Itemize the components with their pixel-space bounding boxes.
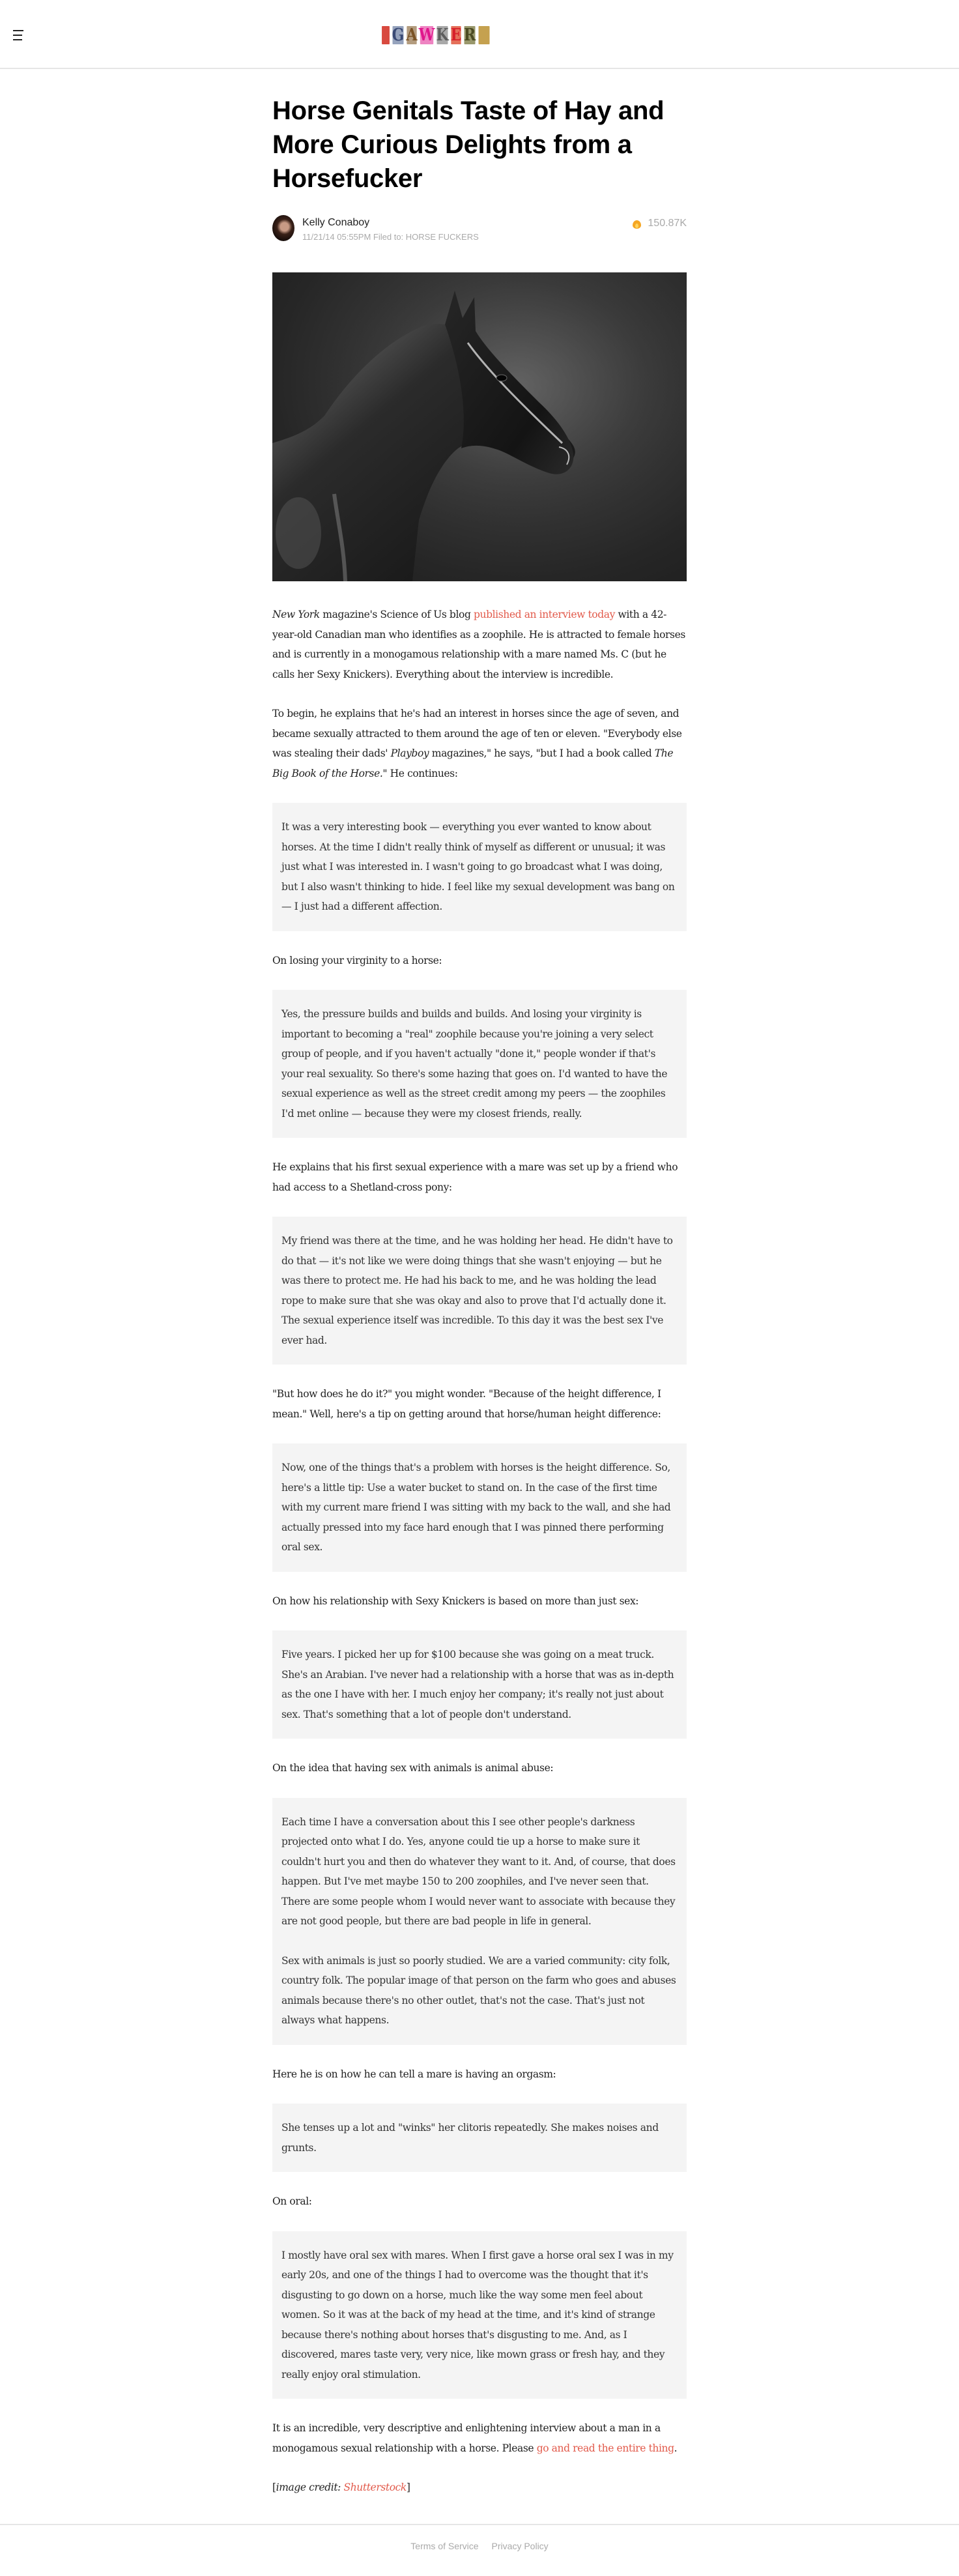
magazine-title: Playboy [391, 747, 429, 759]
logo-tile [382, 26, 390, 44]
site-footer: Terms of Service Privacy Policy [0, 2524, 959, 2576]
dateline: 11/21/14 05:55PM Filed to: HORSE FUCKERS [302, 231, 479, 243]
logo-tile-w: W [420, 26, 433, 44]
filed-tag-link[interactable]: HORSE FUCKERS [406, 232, 479, 242]
blockquote: I mostly have oral sex with mares. When … [272, 2231, 687, 2399]
view-count: 150.87K [633, 218, 687, 229]
filed-label: Filed to: [373, 232, 403, 242]
text: . [674, 2442, 678, 2454]
logo-tile-g: G [393, 26, 404, 44]
quote-text: She tenses up a lot and "winks" her clit… [281, 2118, 678, 2158]
logo-tile [479, 26, 490, 44]
paragraph: On oral: [272, 2192, 687, 2212]
gawker-logo[interactable]: GAWKER [381, 26, 491, 44]
logo-tile-r: R [465, 26, 476, 44]
article-headline: Horse Genitals Taste of Hay and More Cur… [272, 94, 687, 195]
paragraph: On the idea that having sex with animals… [272, 1758, 687, 1778]
credit-label: image credit: [276, 2482, 344, 2493]
hero-image-horse [272, 272, 687, 581]
menu-line [13, 39, 22, 40]
article-body: New York magazine's Science of Us blog p… [272, 605, 687, 2498]
quote-text: Five years. I picked her up for $100 bec… [281, 1645, 678, 1724]
logo-tile-k: K [437, 26, 448, 44]
logo-tile-e: E [451, 26, 461, 44]
paragraph: On losing your virginity to a horse: [272, 951, 687, 971]
menu-line [13, 35, 22, 36]
paragraph: He explains that his first sexual experi… [272, 1157, 687, 1197]
blockquote: My friend was there at the time, and he … [272, 1217, 687, 1365]
top-navigation-bar: GAWKER [0, 0, 959, 69]
read-interview-link[interactable]: go and read the entire thing [537, 2442, 674, 2454]
flame-icon [633, 219, 641, 229]
publication-name: New York [272, 609, 320, 620]
horse-illustration [272, 272, 687, 581]
publish-date: 11/21/14 05:55PM [302, 232, 371, 242]
blockquote: She tenses up a lot and "winks" her clit… [272, 2104, 687, 2172]
privacy-policy-link[interactable]: Privacy Policy [492, 2541, 549, 2576]
menu-line [13, 30, 23, 31]
paragraph: On how his relationship with Sexy Knicke… [272, 1591, 687, 1612]
author-avatar[interactable] [272, 215, 294, 241]
image-credit: [image credit: Shutterstock] [272, 2478, 687, 2498]
quote-text: It was a very interesting book — everyth… [281, 817, 678, 917]
paragraph: Here he is on how he can tell a mare is … [272, 2064, 687, 2085]
author-name[interactable]: Kelly Conaboy [302, 216, 479, 229]
blockquote: Now, one of the things that's a problem … [272, 1443, 687, 1572]
article-byline: Kelly Conaboy 11/21/14 05:55PM Filed to:… [272, 215, 687, 248]
view-count-value: 150.87K [648, 218, 687, 229]
article: Horse Genitals Taste of Hay and More Cur… [272, 69, 687, 2498]
quote-text: Each time I have a conversation about th… [281, 1812, 678, 1932]
text: " He continues: [382, 768, 457, 779]
blockquote: Each time I have a conversation about th… [272, 1798, 687, 2045]
text: magazines," he says, "but I had a book c… [429, 747, 655, 759]
shutterstock-link[interactable]: Shutterstock [344, 2482, 407, 2493]
blockquote: Yes, the pressure builds and builds and … [272, 990, 687, 1138]
quote-text: I mostly have oral sex with mares. When … [281, 2246, 678, 2385]
bracket: ] [407, 2482, 410, 2493]
paragraph: It is an incredible, very descriptive an… [272, 2418, 687, 2458]
terms-of-service-link[interactable]: Terms of Service [410, 2541, 478, 2576]
blockquote: Five years. I picked her up for $100 bec… [272, 1630, 687, 1739]
logo-tile-a: A [407, 26, 416, 44]
paragraph: To begin, he explains that he's had an i… [272, 704, 687, 783]
paragraph: New York magazine's Science of Us blog p… [272, 605, 687, 684]
blockquote: It was a very interesting book — everyth… [272, 803, 687, 931]
quote-text: Now, one of the things that's a problem … [281, 1458, 678, 1557]
text: magazine's Science of Us blog [320, 609, 474, 620]
quote-text: My friend was there at the time, and he … [281, 1231, 678, 1350]
quote-text: Yes, the pressure builds and builds and … [281, 1004, 678, 1123]
quote-text: Sex with animals is just so poorly studi… [281, 1951, 678, 2031]
paragraph: "But how does he do it?" you might wonde… [272, 1384, 687, 1424]
hamburger-menu-icon[interactable] [13, 29, 27, 42]
interview-link[interactable]: published an interview today [474, 609, 615, 620]
credit-source: Shutterstock [344, 2482, 407, 2493]
byline-text: Kelly Conaboy 11/21/14 05:55PM Filed to:… [302, 215, 479, 243]
